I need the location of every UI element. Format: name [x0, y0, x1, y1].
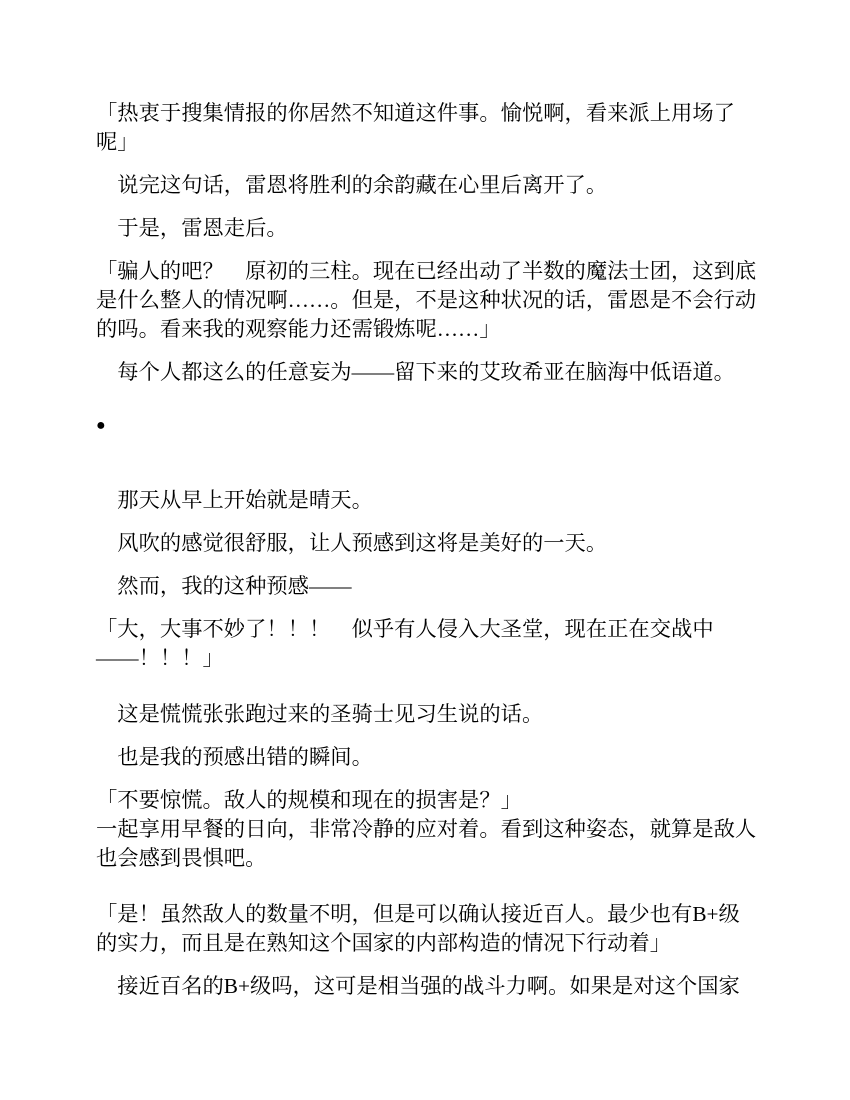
paragraph: 「大，大事不妙了！！！ 似乎有人侵入大圣堂，现在正在交战中——！！！」	[96, 615, 759, 673]
paragraph: 然而，我的这种预感——	[96, 572, 759, 601]
paragraph: 「热衷于搜集情报的你居然不知道这件事。愉悦啊，看来派上用场了呢」	[96, 99, 759, 157]
paragraph: 于是，雷恩走后。	[96, 214, 759, 243]
paragraph: 「是！虽然敌人的数量不明，但是可以确认接近百人。最少也有B+级的实力，而且是在熟…	[96, 900, 759, 958]
paragraph: 一起享用早餐的日向，非常冷静的应对着。看到这种姿态，就算是敌人也会感到畏惧吧。	[96, 815, 759, 873]
paragraph: 说完这句话，雷恩将胜利的余韵藏在心里后离开了。	[96, 171, 759, 200]
paragraph: 也是我的预感出错的瞬间。	[96, 743, 759, 772]
paragraph: 那天从早上开始就是晴天。	[96, 486, 759, 515]
paragraph: 风吹的感觉很舒服，让人预感到这将是美好的一天。	[96, 529, 759, 558]
paragraph: 每个人都这么的任意妄为——留下来的艾玫希亚在脑海中低语道。	[96, 358, 759, 387]
paragraph: 这是慌慌张张跑过来的圣骑士见习生说的话。	[96, 700, 759, 729]
paragraph: 「不要惊慌。敌人的规模和现在的损害是？」	[96, 786, 759, 815]
novel-page: { "page": { "background_color": "#ffffff…	[0, 0, 850, 1100]
novel-text: 「热衷于搜集情报的你居然不知道这件事。愉悦啊，看来派上用场了呢」说完这句话，雷恩…	[96, 99, 759, 1015]
paragraph: 接近百名的B+级吗，这可是相当强的战斗力啊。如果是对这个国家	[96, 972, 759, 1001]
paragraph: 「骗人的吧？ 原初的三柱。现在已经出动了半数的魔法士团，这到底是什么整人的情况啊…	[96, 257, 759, 344]
section-divider: ●	[96, 411, 759, 440]
